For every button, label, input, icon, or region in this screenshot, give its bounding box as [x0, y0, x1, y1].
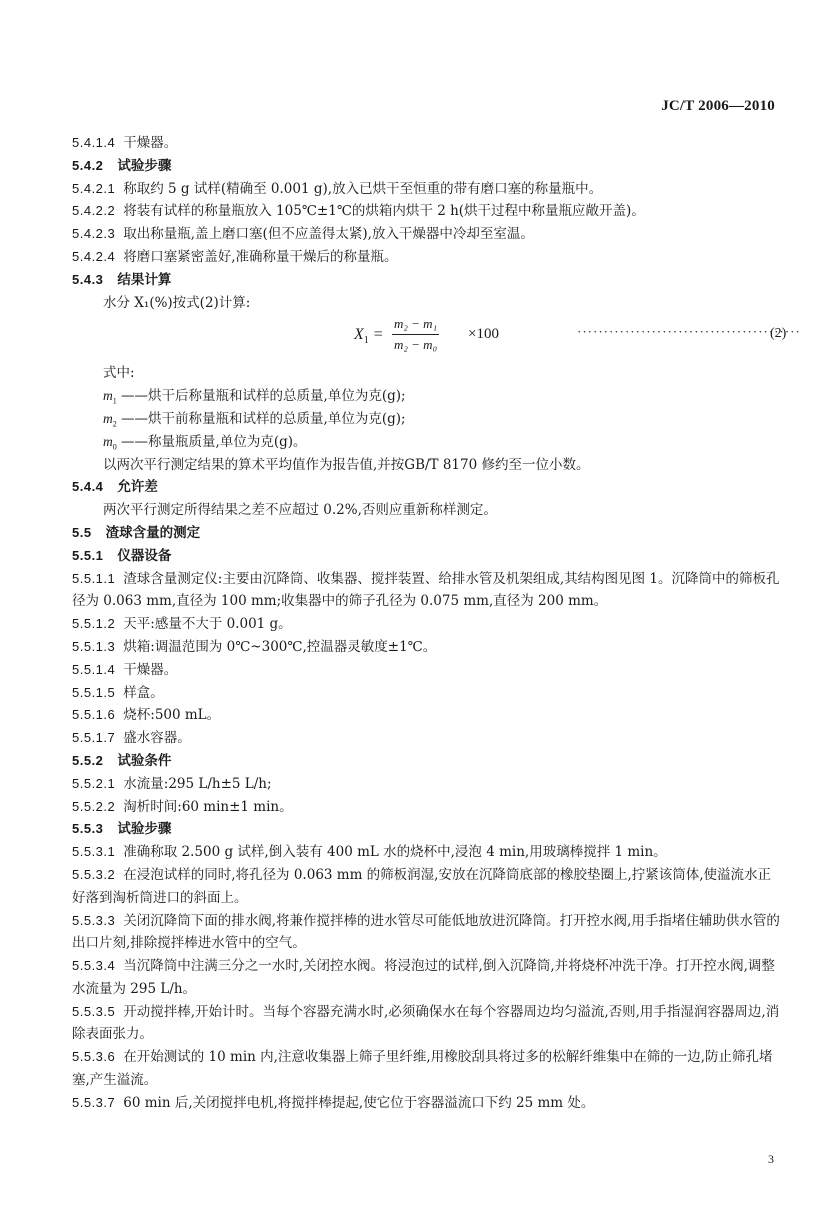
variable-description: ——称量瓶质量,单位为克(g)。	[121, 434, 306, 450]
section-5-5-clauses: 5.5渣球含量的测定5.5.1仪器设备5.5.1.1渣球含量测定仪:主要由沉降筒…	[72, 522, 782, 1115]
formula-multiplier: ×100	[468, 326, 499, 343]
clause-5-5-3: 5.5.3试验步骤	[72, 818, 782, 841]
clause-5-5-1-5: 5.5.1.5样盒。	[72, 682, 782, 705]
clause-number: 5.4.1.4	[72, 132, 115, 155]
clause-5-5-3-7: 5.5.3.760 min 后,关闭搅拌电机,将搅拌棒提起,使它位于容器溢流口下…	[72, 1092, 782, 1115]
clause-text: 当沉降筒中注满三分之一水时,关闭控水阀。将浸泡过的试样,倒入沉降筒,并将烧杯冲洗…	[72, 958, 775, 997]
clause-number: 5.5.1.3	[72, 636, 115, 659]
variable-symbol: m1	[103, 388, 117, 403]
clause-number: 5.5.1.5	[72, 682, 115, 705]
clause-text: 水流量:295 L/h±5 L/h;	[123, 776, 271, 792]
clause-number: 5.5.3	[72, 818, 103, 841]
calc-intro: 水分 X₁(%)按式(2)计算:	[72, 292, 782, 315]
equation-number: (2)	[770, 326, 786, 342]
clause-number: 5.5.1.1	[72, 568, 115, 591]
variable-symbol: m0	[103, 434, 117, 449]
clause-heading: 仪器设备	[117, 548, 171, 564]
variable-definition: m2 ——烘干前称量瓶和试样的总质量,单位为克(g);	[72, 408, 782, 431]
clause-5-5-3-2: 5.5.3.2在浸泡试样的同时,将孔径为 0.063 mm 的筛板润湿,安放在沉…	[72, 864, 782, 910]
clause-text: 将磨口塞紧密盖好,准确称量干燥后的称量瓶。	[123, 249, 397, 265]
clause-heading: 结果计算	[117, 272, 171, 288]
clause-text: 淘析时间:60 min±1 min。	[123, 799, 292, 815]
variable-description: ——烘干前称量瓶和试样的总质量,单位为克(g);	[121, 411, 406, 427]
clause-number: 5.4.2.4	[72, 246, 115, 269]
clause-5-5-3-4: 5.5.3.4当沉降筒中注满三分之一水时,关闭控水阀。将浸泡过的试样,倒入沉降筒…	[72, 955, 782, 1001]
clause-number: 5.5.2	[72, 750, 103, 773]
clause-5-4-2-3: 5.4.2.3取出称量瓶,盖上磨口塞(但不应盖得太紧),放入干燥器中冷却至室温。	[72, 223, 782, 246]
page-number: 3	[768, 1152, 774, 1167]
clause-number: 5.5.1	[72, 545, 103, 568]
clause-number: 5.5.3.2	[72, 864, 115, 887]
variable-definition: m0 ——称量瓶质量,单位为克(g)。	[72, 431, 782, 454]
clause-5-5-2: 5.5.2试验条件	[72, 750, 782, 773]
clause-text: 样盒。	[123, 685, 164, 701]
clause-text: 干燥器。	[123, 662, 177, 678]
clause-5-5-1-2: 5.5.1.2天平:感量不大于 0.001 g。	[72, 613, 782, 636]
clause-number: 5.4.2	[72, 155, 103, 178]
clause-number: 5.5.3.7	[72, 1092, 115, 1115]
formula-denominator: m₂ − m₀	[392, 335, 439, 353]
clause-text: 在开始测试的 10 min 内,注意收集器上筛子里纤维,用橡胶刮具将过多的松解纤…	[72, 1049, 773, 1088]
variable-description: ——烘干后称量瓶和试样的总质量,单位为克(g);	[121, 388, 406, 404]
clause-number: 5.5.2.1	[72, 773, 115, 796]
clause-text: 干燥器。	[123, 135, 177, 151]
document-body: 5.4.1.4干燥器。5.4.2试验步骤5.4.2.1称取约 5 g 试样(精确…	[72, 132, 782, 1115]
clause-heading: 渣球含量的测定	[106, 525, 201, 541]
clause-5-4-1-4: 5.4.1.4干燥器。	[72, 132, 782, 155]
clause-heading: 试验条件	[117, 753, 171, 769]
variable-symbol: m2	[103, 411, 117, 426]
clause-number: 5.5.3.1	[72, 841, 115, 864]
clause-number: 5.4.2.2	[72, 200, 115, 223]
clause-number: 5.5.1.2	[72, 613, 115, 636]
clause-5-5-3-6: 5.5.3.6在开始测试的 10 min 内,注意收集器上筛子里纤维,用橡胶刮具…	[72, 1046, 782, 1092]
section-5-4-clauses: 5.4.1.4干燥器。5.4.2试验步骤5.4.2.1称取约 5 g 试样(精确…	[72, 132, 782, 292]
clause-number: 5.5.3.3	[72, 910, 115, 933]
clause-5-5-1-3: 5.5.1.3烘箱:调温范围为 0℃~300℃,控温器灵敏度±1℃。	[72, 636, 782, 659]
variable-definitions: m1 ——烘干后称量瓶和试样的总质量,单位为克(g);m2 ——烘干前称量瓶和试…	[72, 385, 782, 453]
clause-text: 在浸泡试样的同时,将孔径为 0.063 mm 的筛板润湿,安放在沉降筒底部的橡胶…	[72, 867, 771, 906]
formula-fraction: m₂ − m₁ m₂ − m₀	[392, 316, 439, 353]
clause-5-5-3-5: 5.5.3.5开动搅拌棒,开始计时。当每个容器充满水时,必须确保水在每个容器周边…	[72, 1001, 782, 1047]
clause-5-5-1-7: 5.5.1.7盛水容器。	[72, 727, 782, 750]
clause-number: 5.5.2.2	[72, 796, 115, 819]
clause-text: 开动搅拌棒,开始计时。当每个容器充满水时,必须确保水在每个容器周边均匀溢流,否则…	[72, 1004, 779, 1043]
clause-5-4-2-1: 5.4.2.1称取约 5 g 试样(精确至 0.001 g),放入已烘干至恒重的…	[72, 178, 782, 201]
clause-heading: 试验步骤	[117, 158, 171, 174]
clause-number: 5.5.1.6	[72, 704, 115, 727]
variable-definition: m1 ——烘干后称量瓶和试样的总质量,单位为克(g);	[72, 385, 782, 408]
clause-number: 5.5.1.4	[72, 659, 115, 682]
clause-text: 60 min 后,关闭搅拌电机,将搅拌棒提起,使它位于容器溢流口下约 25 mm…	[123, 1095, 594, 1111]
clause-number: 5.5.3.5	[72, 1001, 115, 1024]
clause-text: 烘箱:调温范围为 0℃~300℃,控温器灵敏度±1℃。	[123, 639, 436, 655]
clause-text: 盛水容器。	[123, 730, 191, 746]
clause-5-4-3: 5.4.3结果计算	[72, 269, 782, 292]
tolerance-text: 两次平行测定所得结果之差不应超过 0.2%,否则应重新称样测定。	[72, 499, 782, 522]
formula-lhs: X1 =	[354, 326, 384, 346]
clause-text: 取出称量瓶,盖上磨口塞(但不应盖得太紧),放入干燥器中冷却至室温。	[123, 226, 534, 242]
clause-number: 5.4.2.3	[72, 223, 115, 246]
clause-5-5-3-3: 5.5.3.3关闭沉降筒下面的排水阀,将兼作搅拌棒的进水管尽可能低地放进沉降筒。…	[72, 910, 782, 956]
report-rule: 以两次平行测定结果的算术平均值作为报告值,并按GB/T 8170 修约至一位小数…	[72, 454, 782, 477]
clause-5-4-2-4: 5.4.2.4将磨口塞紧密盖好,准确称量干燥后的称量瓶。	[72, 246, 782, 269]
where-label: 式中:	[72, 362, 782, 385]
clause-text: 渣球含量测定仪:主要由沉降筒、收集器、搅拌装置、给排水管及机架组成,其结构图见图…	[72, 571, 779, 610]
clause-5-5-1-1: 5.5.1.1渣球含量测定仪:主要由沉降筒、收集器、搅拌装置、给排水管及机架组成…	[72, 568, 782, 614]
clause-heading: 试验步骤	[117, 821, 171, 837]
clause-5-5-2-2: 5.5.2.2淘析时间:60 min±1 min。	[72, 796, 782, 819]
clause-number: 5.4.3	[72, 269, 103, 292]
clause-5-5-1-6: 5.5.1.6烧杯:500 mL。	[72, 704, 782, 727]
clause-5-4-2-2: 5.4.2.2将装有试样的称量瓶放入 105℃±1℃的烘箱内烘干 2 h(烘干过…	[72, 200, 782, 223]
clause-5-5-1-4: 5.5.1.4干燥器。	[72, 659, 782, 682]
clause-text: 准确称取 2.500 g 试样,倒入装有 400 mL 水的烧杯中,浸泡 4 m…	[123, 844, 666, 860]
standard-code-header: JC/T 2006—2010	[661, 98, 775, 115]
clause-number: 5.5.1.7	[72, 727, 115, 750]
clause-number: 5.5.3.4	[72, 955, 115, 978]
formula-2: X1 = m₂ − m₁ m₂ − m₀ ×100 ··············…	[72, 314, 782, 362]
clause-number: 5.4.2.1	[72, 178, 115, 201]
clause-5-5-3-1: 5.5.3.1准确称取 2.500 g 试样,倒入装有 400 mL 水的烧杯中…	[72, 841, 782, 864]
clause-number: 5.5	[72, 522, 92, 545]
clause-5-4-2: 5.4.2试验步骤	[72, 155, 782, 178]
formula-numerator: m₂ − m₁	[392, 316, 439, 335]
formula-leader-dots: ········································…	[577, 324, 801, 340]
clause-text: 天平:感量不大于 0.001 g。	[123, 616, 291, 632]
clause-text: 将装有试样的称量瓶放入 105℃±1℃的烘箱内烘干 2 h(烘干过程中称量瓶应敞…	[123, 203, 645, 219]
clause-text: 烧杯:500 mL。	[123, 707, 220, 723]
clause-text: 关闭沉降筒下面的排水阀,将兼作搅拌棒的进水管尽可能低地放进沉降筒。打开控水阀,用…	[72, 913, 780, 952]
clause-5-4-4: 5.4.4允许差	[72, 476, 782, 499]
clause-number: 5.5.3.6	[72, 1046, 115, 1069]
clause-5-5-1: 5.5.1仪器设备	[72, 545, 782, 568]
clause-5-5: 5.5渣球含量的测定	[72, 522, 782, 545]
clause-5-5-2-1: 5.5.2.1水流量:295 L/h±5 L/h;	[72, 773, 782, 796]
clause-text: 称取约 5 g 试样(精确至 0.001 g),放入已烘干至恒重的带有磨口塞的称…	[123, 181, 602, 197]
